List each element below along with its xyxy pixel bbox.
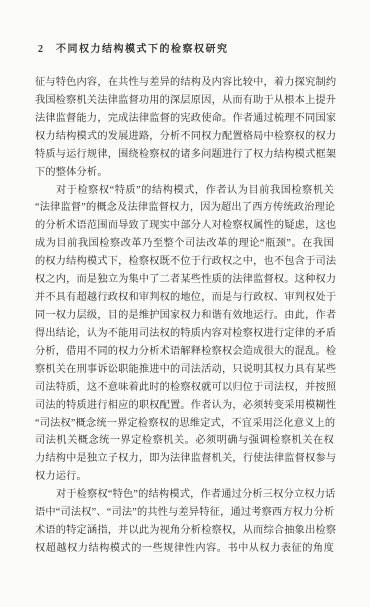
text-line: 成为目前我国检察改革乃至整个司法改革的理论“瓶颈”。在我国 (35, 235, 334, 253)
text-line: 同一权力层级，目的是维护国家权力和谐有效地运行。由此，作者 (35, 307, 334, 325)
text-line: 权超越权力结构模式的一些规律性内容。书中从权力表征的角度 (35, 540, 334, 558)
text-line: 法律监督能力，完成法律监督的宪政使命。作者通过梳理不同国家 (35, 110, 334, 128)
text-line: “司法权”概念统一界定检察权的思维定式，不宜采用泛化意义上的 (35, 415, 334, 433)
text-line: 对于检察权“特色”的结构模式，作者通过分析三权分立权力话 (35, 486, 334, 504)
body-text: 征与特色内容，在共性与差异的结构及内容比较中，着力探究制约我国检察机关法律监督功… (35, 74, 334, 558)
text-line: 征与特色内容，在共性与差异的结构及内容比较中，着力探究制约 (35, 74, 334, 92)
text-line: 特质与运行规律，围绕检察权的诸多问题进行了权力结构模式框架 (35, 146, 334, 164)
text-line: 司法机关概念统一界定检察机关。必须明确与强调检察机关在权 (35, 432, 334, 450)
text-line: 察机关在刑事诉讼职能推进中的司法活动，只说明其权力具有某些 (35, 361, 334, 379)
text-line: 司法的特质进行相应的职权配置。作者认为，必须转变采用模糊性 (35, 397, 334, 415)
text-line: 的分析术语范围而导致了现实中部分人对检察权属性的疑虑，这也 (35, 217, 334, 235)
text-line: 权力结构模式的发展进路，分析不同权力配置格局中检察权的权力 (35, 128, 334, 146)
text-line: 术语的特定涵指，并以此为视角分析检察权，从而综合抽象出检察 (35, 522, 334, 540)
text-line: 权之内，而是独立为集中了二者某些性质的法律监督权。这种权力 (35, 271, 334, 289)
paragraph: 对于检察权“特质”的结构模式，作者认为目前我国检察机关“法律监督”的概念及法律监… (35, 182, 334, 487)
text-line: 下的整体分析。 (35, 164, 334, 182)
text-line: “法律监督”的概念及法律监督权力，因为超出了西方传统政治理论 (35, 199, 334, 217)
text-line: 的权力结构模式下，检察权既不位于行政权之中，也不包含于司法 (35, 253, 334, 271)
text-line: 我国检察机关法律监督功用的深层原因，从而有助于从根本上提升 (35, 92, 334, 110)
text-line: 分析，借用不同的权力分析术语解释检察权会造成很大的混乱。检 (35, 343, 334, 361)
page-number: 2 (38, 44, 43, 55)
book-page: 2 不同权力结构模式下的检察权研究 征与特色内容，在共性与差异的结构及内容比较中… (0, 0, 370, 607)
text-line: 对于检察权“特质”的结构模式，作者认为目前我国检察机关 (35, 182, 334, 200)
paragraph: 征与特色内容，在共性与差异的结构及内容比较中，着力探究制约我国检察机关法律监督功… (35, 74, 334, 182)
text-line: 得出结论，认为不能用司法权的特质内容对检察权进行定律的矛盾 (35, 325, 334, 343)
paragraph: 对于检察权“特色”的结构模式，作者通过分析三权分立权力话语中“司法权”、“司法”… (35, 486, 334, 558)
text-line: 权力运行。 (35, 468, 334, 486)
text-line: 司法特质，这不意味着此时的检察权就可以归位于司法权，并按照 (35, 379, 334, 397)
running-title: 不同权力结构模式下的检察权研究 (56, 40, 229, 55)
text-line: 语中“司法权”、“司法”的共性与差异特征，通过考察西方权力分析 (35, 504, 334, 522)
page-header: 2 不同权力结构模式下的检察权研究 (38, 40, 229, 55)
text-line: 并不具有超越行政权和审判权的地位，而是与行政权、审判权处于 (35, 289, 334, 307)
text-line: 力结构中是独立子权力，即为法律监督机关，行使法律监督权参与 (35, 450, 334, 468)
